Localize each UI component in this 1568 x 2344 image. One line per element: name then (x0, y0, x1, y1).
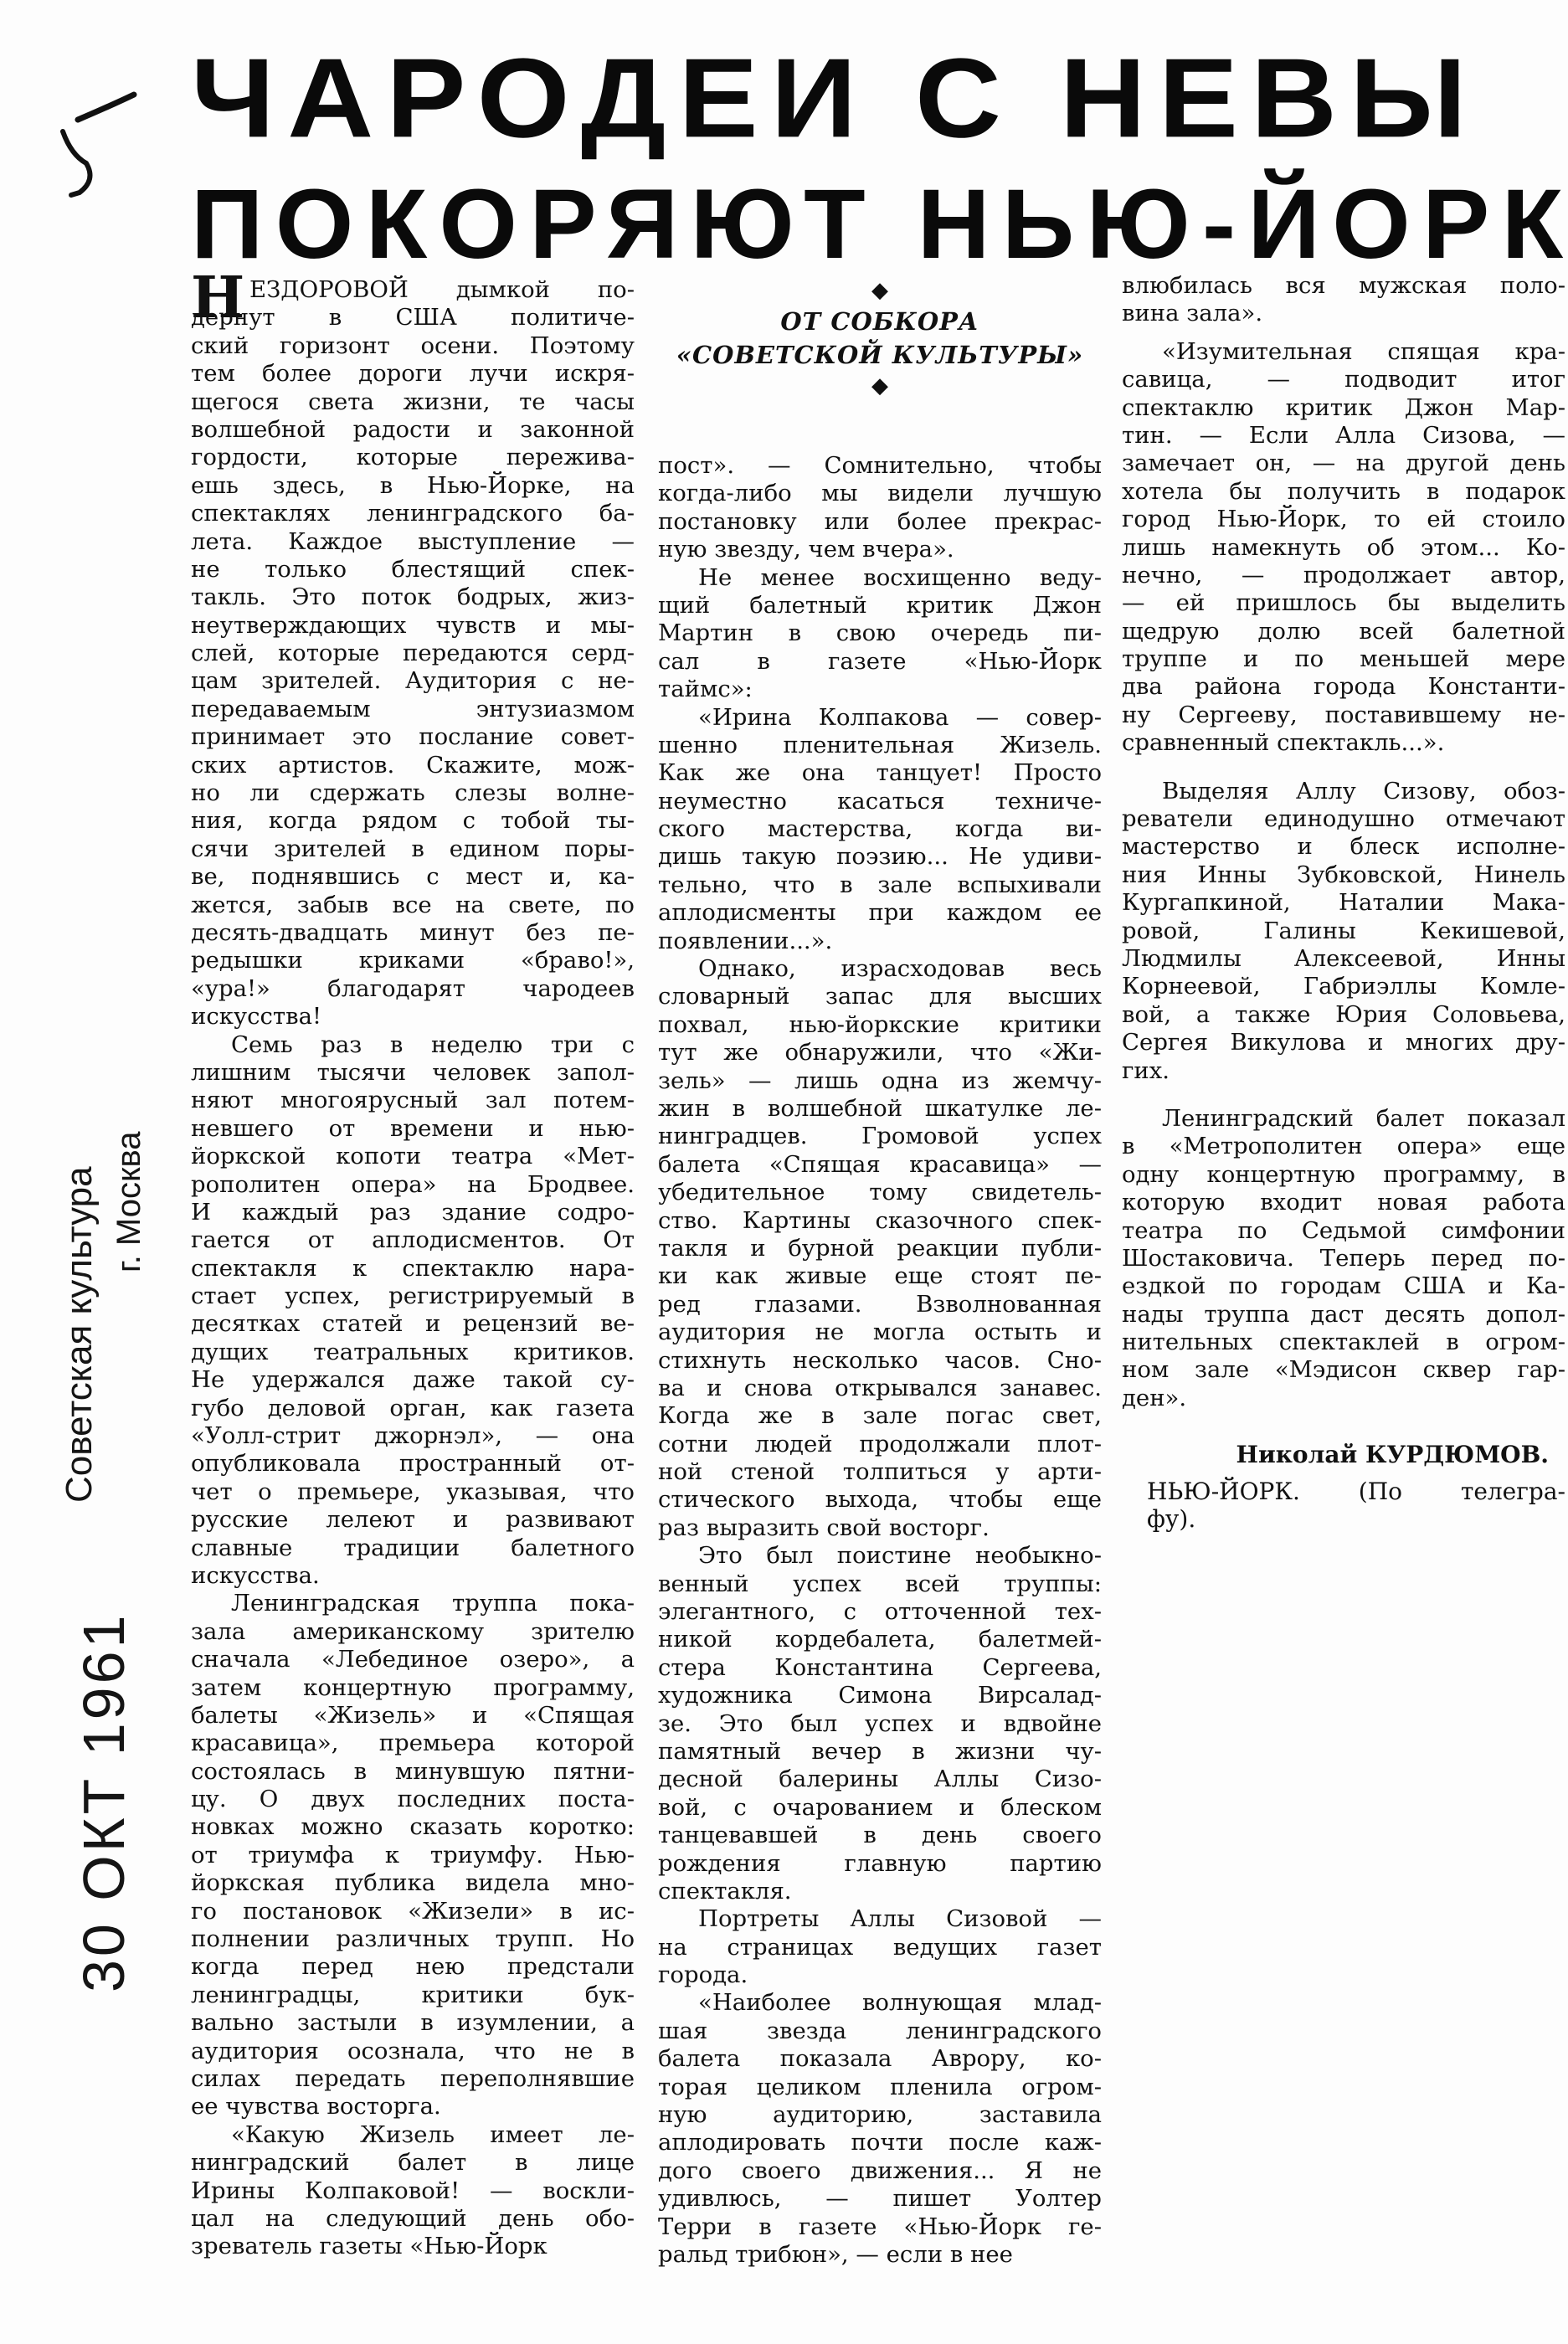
correspondent-byline-header: ◆ ОТ СОБКОРА «СОВЕТСКОЙ КУЛЬТУРЫ» ◆ (658, 276, 1102, 400)
text-line: передаваемым энтузиазмом (191, 696, 635, 723)
text-line: полнении различных трупп. Но (191, 1925, 635, 1953)
text-line: щедрую долю всей балетной (1122, 618, 1565, 645)
text-line: ство. Картины сказочного спек- (658, 1207, 1102, 1235)
text-line: нады труппа даст десять допол- (1122, 1301, 1565, 1329)
text-line: ешь здесь, в Нью-Йорке, на (191, 472, 635, 500)
text-line: нительных спектаклей в огром- (1122, 1329, 1565, 1356)
paragraph: пост». — Сомнительно, чтобыкогда-либо мы… (658, 452, 1102, 564)
text-line: не только блестящий спек- (191, 556, 635, 583)
text-line: на страницах ведущих газет (658, 1934, 1102, 1961)
text-line: Терри в газете «Нью-Йорк ге- (658, 2213, 1102, 2241)
text-line: такль. Это поток бодрых, жиз- (191, 583, 635, 611)
text-line: замечает он, — на другой день (1122, 450, 1565, 477)
text-line: реватели единодушно отмечают (1122, 805, 1565, 833)
text-line: ния, когда рядом с тобой ты- (191, 807, 635, 835)
dateline: НЬЮ-ЙОРК. (По телегра- фу). (1122, 1478, 1565, 1534)
text-line: которую входит новая работа (1122, 1189, 1565, 1216)
first-line: НЕЗДОРОВОЙ дымкой по- (191, 276, 635, 304)
text-line: Мартин в свою очередь пи- (658, 619, 1102, 647)
text-line: элегантного, с отточенной тех- (658, 1598, 1102, 1626)
text-line: нечно, — продолжает автор, (1122, 562, 1565, 589)
text-line: лишь намекнуть об этом... Ко- (1122, 534, 1565, 562)
paragraph: Не менее восхищенно веду-щий балетный кр… (658, 564, 1102, 704)
text-line: шенно пленительная Жизель. (658, 732, 1102, 759)
text-line: лета. Каждое выступление — (191, 528, 635, 556)
text-line: похвал, нью-йоркские критики (658, 1011, 1102, 1039)
text-line: новках можно сказать коротко: (191, 1813, 635, 1841)
text-line: рождения главную партию (658, 1850, 1102, 1878)
city-stamp: г. Москва (111, 1132, 148, 1273)
text-line: Как же она танцует! Просто (658, 759, 1102, 787)
article-column-2: пост». — Сомнительно, чтобыкогда-либо мы… (658, 452, 1102, 2269)
text-line: сравненный спектакль...». (1122, 729, 1565, 757)
text-line: слей, которые передаются серд- (191, 640, 635, 667)
text-line: йоркской копоти театра «Мет- (191, 1143, 635, 1170)
text-line: неуместно касаться техниче- (658, 788, 1102, 815)
text-line: Не удержался даже такой су- (191, 1366, 635, 1394)
text-line: ленинградцы, критики бук- (191, 1982, 635, 2009)
text-line: щегося света жизни, те часы (191, 388, 635, 416)
text-line: жин в волшебной шкатулке ле- (658, 1095, 1102, 1123)
text-line: постановку или более прекрас- (658, 508, 1102, 536)
text-line: силах передать переполнявшие (191, 2065, 635, 2093)
text-line: неутверждающих чувств и мы- (191, 612, 635, 640)
text-line: «Ирина Колпакова — совер- (658, 704, 1102, 732)
text-line: в «Метрополитен опера» еще (1122, 1133, 1565, 1160)
diamond-ornament-icon: ◆ (658, 372, 1102, 400)
text-line: Портреты Аллы Сизовой — (658, 1905, 1102, 1933)
text-line: зала американскому зрителю (191, 1618, 635, 1646)
text-line: аудитория осознала, что не в (191, 2038, 635, 2065)
text-line: Шостаковича. Теперь перед по- (1122, 1245, 1565, 1272)
text-line: стает успех, регистрируемый в (191, 1283, 635, 1310)
date-stamp: 30 ОКТ 1961 (70, 1612, 137, 1992)
text-line: ну Сергееву, поставившему не- (1122, 702, 1565, 729)
text-line: Корнеевой, Габриэллы Комле- (1122, 973, 1565, 1000)
text-line: искусства. (191, 1562, 635, 1590)
text-line: зреватель газеты «Нью-Йорк (191, 2233, 635, 2260)
text-line: щий балетный критик Джон (658, 592, 1102, 619)
text-line: Однако, израсходовав весь (658, 955, 1102, 983)
text-line: ния Инны Зубковской, Нинель (1122, 861, 1565, 889)
text-line: убедительное тому свидетель- (658, 1179, 1102, 1206)
text-line: тин. — Если Алла Сизова, — (1122, 422, 1565, 450)
text-line: «Изумительная спящая кра- (1122, 338, 1565, 366)
text-line: ских артистов. Скажите, мож- (191, 752, 635, 779)
text-line: жется, забыв все на свете, по (191, 892, 635, 919)
text-line: Ленинградская труппа пока- (191, 1590, 635, 1617)
text-line: стического выхода, чтобы еще (658, 1486, 1102, 1514)
text-line: савица, — подводит итог (1122, 366, 1565, 393)
text-line: раз выразить свой восторг. (658, 1514, 1102, 1542)
text-line: но ли сдержать слезы волне- (191, 779, 635, 807)
text-line: два района города Константи- (1122, 673, 1565, 701)
paragraph: Ленинградская труппа пока-зала американс… (191, 1590, 635, 2120)
text-line: десной балерины Аллы Сизо- (658, 1766, 1102, 1793)
text-line: тут же обнаружили, что «Жи- (658, 1039, 1102, 1067)
text-line: «Наиболее волнующая млад- (658, 1989, 1102, 2017)
text-line: десять-двадцать минут без пе- (191, 919, 635, 947)
text-line: дишь такую поэзию... Не удиви- (658, 843, 1102, 871)
text-line: влюбилась вся мужская поло- (1122, 272, 1565, 300)
text-line: ральд трибюн», — если в нее (658, 2241, 1102, 2269)
text-line: балеты «Жизель» и «Спящая (191, 1702, 635, 1730)
text-line: сотни людей продолжали плот- (658, 1431, 1102, 1458)
text-line: зе. Это был успех и вдвойне (658, 1710, 1102, 1738)
text-line: шая звезда ленинградского (658, 2018, 1102, 2045)
text-line: ва и снова открывался занавес. (658, 1375, 1102, 1402)
text-line: — ей пришлось бы выделить (1122, 589, 1565, 617)
text-line: таймс»: (658, 676, 1102, 703)
text-line: танцевавшей в день своего (658, 1822, 1102, 1849)
text-line: цал на следующий день обо- (191, 2205, 635, 2233)
paragraph: Портреты Аллы Сизовой —на страницах веду… (658, 1905, 1102, 1989)
text-line: памятный вечер в жизни чу- (658, 1738, 1102, 1766)
paragraph: Ленинградский балет показалв «Метрополит… (1122, 1105, 1565, 1412)
text-line: никой кордебалета, балетмей- (658, 1626, 1102, 1653)
text-line: го постановок «Жизели» в ис- (191, 1898, 635, 1925)
text-line: опубликовала пространный от- (191, 1450, 635, 1478)
text-line: ровой, Галины Кекишевой, (1122, 918, 1565, 945)
headline-line-2: ПОКОРЯЮТ НЬЮ-ЙОРК (191, 167, 1568, 281)
text-line: ездкой по городам США и Ка- (1122, 1272, 1565, 1300)
text-line: невшего от времени и нью- (191, 1115, 635, 1143)
text-line: ном зале «Мэдисон сквер гар- (1122, 1356, 1565, 1384)
text-line: театра по Седьмой симфонии (1122, 1217, 1565, 1245)
text-line: цам зрителей. Аудитория с не- (191, 667, 635, 695)
text-line: когда перед нею предстали (191, 1953, 635, 1981)
text-line: вой, с очарованием и блеском (658, 1794, 1102, 1822)
paragraph: «Ирина Колпакова — совер-шенно пленитель… (658, 704, 1102, 956)
text-line: вой, а также Юрия Соловьева, (1122, 1001, 1565, 1029)
text-line: затем концертную программу, (191, 1674, 635, 1702)
text-line: спектаклю критик Джон Мар- (1122, 394, 1565, 422)
paragraph: «Изумительная спящая кра-савица, — подво… (1122, 338, 1565, 758)
text-line: искусства! (191, 1003, 635, 1031)
byline-line-1: ОТ СОБКОРА (658, 305, 1102, 338)
text-line: дого своего движения... Я не (658, 2157, 1102, 2185)
text-line: йоркская публика видела мно- (191, 1869, 635, 1897)
text-line: ной стеной толпиться у арти- (658, 1458, 1102, 1486)
text-line: аплодировать почти после каж- (658, 2129, 1102, 2156)
text-line: хотела бы получить в подарок (1122, 478, 1565, 506)
text-line: вина зала». (1122, 300, 1565, 327)
text-line: торая целиком пленила огром- (658, 2074, 1102, 2101)
text-line: Людмилы Алексеевой, Инны (1122, 945, 1565, 973)
text-line: нинградцев. Громовой успех (658, 1123, 1102, 1150)
text-line: красавица», премьера которой (191, 1730, 635, 1757)
text-line: от триумфа к триумфу. Нью- (191, 1842, 635, 1869)
paragraph: Семь раз в неделю три слишним тысячи чел… (191, 1031, 635, 1591)
article-column-3: влюбилась вся мужская поло-вина зала». «… (1122, 272, 1565, 1533)
text-line: ную аудиторию, заставила (658, 2101, 1102, 2129)
text-line: нинградский балет в лице (191, 2149, 635, 2177)
text-line: сал в газете «Нью-Йорк (658, 648, 1102, 676)
text-line: Не менее восхищенно веду- (658, 564, 1102, 592)
text-line: «Какую Жизель имеет ле- (191, 2121, 635, 2149)
text-line: стера Константина Сергеева, (658, 1654, 1102, 1682)
text-line: волшебной радости и законной (191, 416, 635, 444)
text-line: спектаклях ленинградского ба- (191, 500, 635, 527)
text-line: сначала «Лебединое озеро», а (191, 1646, 635, 1673)
text-line: Ленинградский балет показал (1122, 1105, 1565, 1133)
article-column-1: НЕЗДОРОВОЙ дымкой по- дернут в США полит… (191, 276, 635, 2261)
text-line: сячи зрителей в едином поры- (191, 835, 635, 863)
newspaper-name-stamp: Советская культура (59, 1166, 100, 1503)
text-line: вально застыли в изумлении, а (191, 2009, 635, 2037)
text-line: гордости, которые пережива- (191, 444, 635, 471)
text-line: ред глазами. Взволнованная (658, 1291, 1102, 1318)
text-line: Когда же в зале погас свет, (658, 1402, 1102, 1430)
drop-cap: Н (191, 270, 244, 326)
text-line: русские лелеют и развивают (191, 1506, 635, 1534)
text-line: тельно, что в зале вспыхивали (658, 871, 1102, 899)
text-line: венный успех всей труппы: (658, 1570, 1102, 1598)
text-line: ден». (1122, 1385, 1565, 1412)
diamond-ornament-icon: ◆ (658, 276, 1102, 305)
text-line: Ирины Колпаковой! — воскли- (191, 2177, 635, 2205)
text-line: когда-либо мы видели лучшую (658, 480, 1102, 507)
text-line: «ура!» благодарят чародеев (191, 975, 635, 1003)
paragraph: «Наиболее волнующая млад-шая звезда лени… (658, 1989, 1102, 2269)
text-line: гается от аплодисментов. От (191, 1226, 635, 1254)
paragraph: Это был поистине необыкно-венный успех в… (658, 1542, 1102, 1905)
paragraph: Выделяя Аллу Сизову, обоз-реватели едино… (1122, 778, 1565, 1085)
text-line: балета показала Аврору, ко- (658, 2045, 1102, 2073)
text-line: ее чувства восторга. (191, 2093, 635, 2120)
text-line: одну концертную программу, в (1122, 1161, 1565, 1189)
text-line: редышки криками «браво!», (191, 947, 635, 974)
text-line: состоялась в минувшую пятни- (191, 1758, 635, 1786)
paragraph: дернут в США политиче-ский горизонт осен… (191, 304, 635, 1031)
text-line: художника Симона Вирсалад- (658, 1682, 1102, 1709)
text-line: ную звезду, чем вчера». (658, 536, 1102, 563)
text-line: аплодисменты при каждом ее (658, 899, 1102, 927)
text-line: губо деловой орган, как газета (191, 1395, 635, 1422)
text-line: няют многоярусный зал потем- (191, 1087, 635, 1114)
text-line: Семь раз в неделю три с (191, 1031, 635, 1059)
text-line: балета «Спящая красавица» — (658, 1151, 1102, 1179)
text-line: славные традиции балетного (191, 1534, 635, 1562)
text-line: «Уолл-стрит джорнэл», — она (191, 1422, 635, 1450)
text-line: город Нью-Йорк, то ей стоило (1122, 506, 1565, 533)
text-line: дернут в США политиче- (191, 304, 635, 332)
text-line: спектакля. (658, 1878, 1102, 1905)
text-line: гих. (1122, 1057, 1565, 1085)
text-line: труппе и по меньшей мере (1122, 645, 1565, 673)
author-signature: Николай КУРДЮМОВ. (1122, 1441, 1565, 1468)
text-line: пост». — Сомнительно, чтобы (658, 452, 1102, 480)
text-line: ский горизонт осени. Поэтому (191, 332, 635, 360)
text-line: Кургапкиной, Наталии Мака- (1122, 889, 1565, 917)
text-line: ского мастерства, когда ви- (658, 815, 1102, 843)
text-line: принимает это послание совет- (191, 723, 635, 751)
handwritten-number-mark (46, 80, 147, 205)
text-line: И каждый раз здание содро- (191, 1199, 635, 1226)
byline-line-2: «СОВЕТСКОЙ КУЛЬТУРЫ» (658, 338, 1102, 372)
text-line: ки как живые еще стоят пе- (658, 1262, 1102, 1290)
headline-line-1: ЧАРОДЕИ С НЕВЫ (191, 33, 1479, 162)
text-line: появлении...». (658, 928, 1102, 955)
text-line: лишним тысячи человек запол- (191, 1059, 635, 1087)
paragraph: «Какую Жизель имеет ле-нинградский балет… (191, 2121, 635, 2261)
text-line: дущих театральных критиков. (191, 1339, 635, 1366)
text-line: Это был поистине необыкно- (658, 1542, 1102, 1570)
text-line: города. (658, 1961, 1102, 1989)
text-line: мастерство и блеск исполне- (1122, 833, 1565, 861)
text-line: Выделяя Аллу Сизову, обоз- (1122, 778, 1565, 805)
text-line: зель» — лишь одна из жемчу- (658, 1067, 1102, 1095)
text-line: удивлюсь, — пишет Уолтер (658, 2185, 1102, 2213)
text-line: спектакля к спектаклю нара- (191, 1255, 635, 1283)
text-line: такля и бурной реакции публи- (658, 1235, 1102, 1262)
paragraph: Однако, израсходовав весьсловарный запас… (658, 955, 1102, 1542)
text-line: аудитория не могла остыть и (658, 1318, 1102, 1346)
text-line: цу. О двух последних поста- (191, 1786, 635, 1813)
text-line: словарный запас для высших (658, 983, 1102, 1010)
text-line: рополитен опера» на Бродвее. (191, 1171, 635, 1199)
text-line: ве, поднявшись с мест и, ка- (191, 863, 635, 891)
text-line: Сергея Викулова и многих дру- (1122, 1029, 1565, 1056)
text-line: чет о премьере, указывая, что (191, 1478, 635, 1506)
text-line: стихнуть несколько часов. Сно- (658, 1347, 1102, 1375)
text-line: десятках статей и рецензий ве- (191, 1310, 635, 1338)
paragraph: влюбилась вся мужская поло-вина зала». (1122, 272, 1565, 328)
text-line: тем более дороги лучи искря- (191, 360, 635, 388)
